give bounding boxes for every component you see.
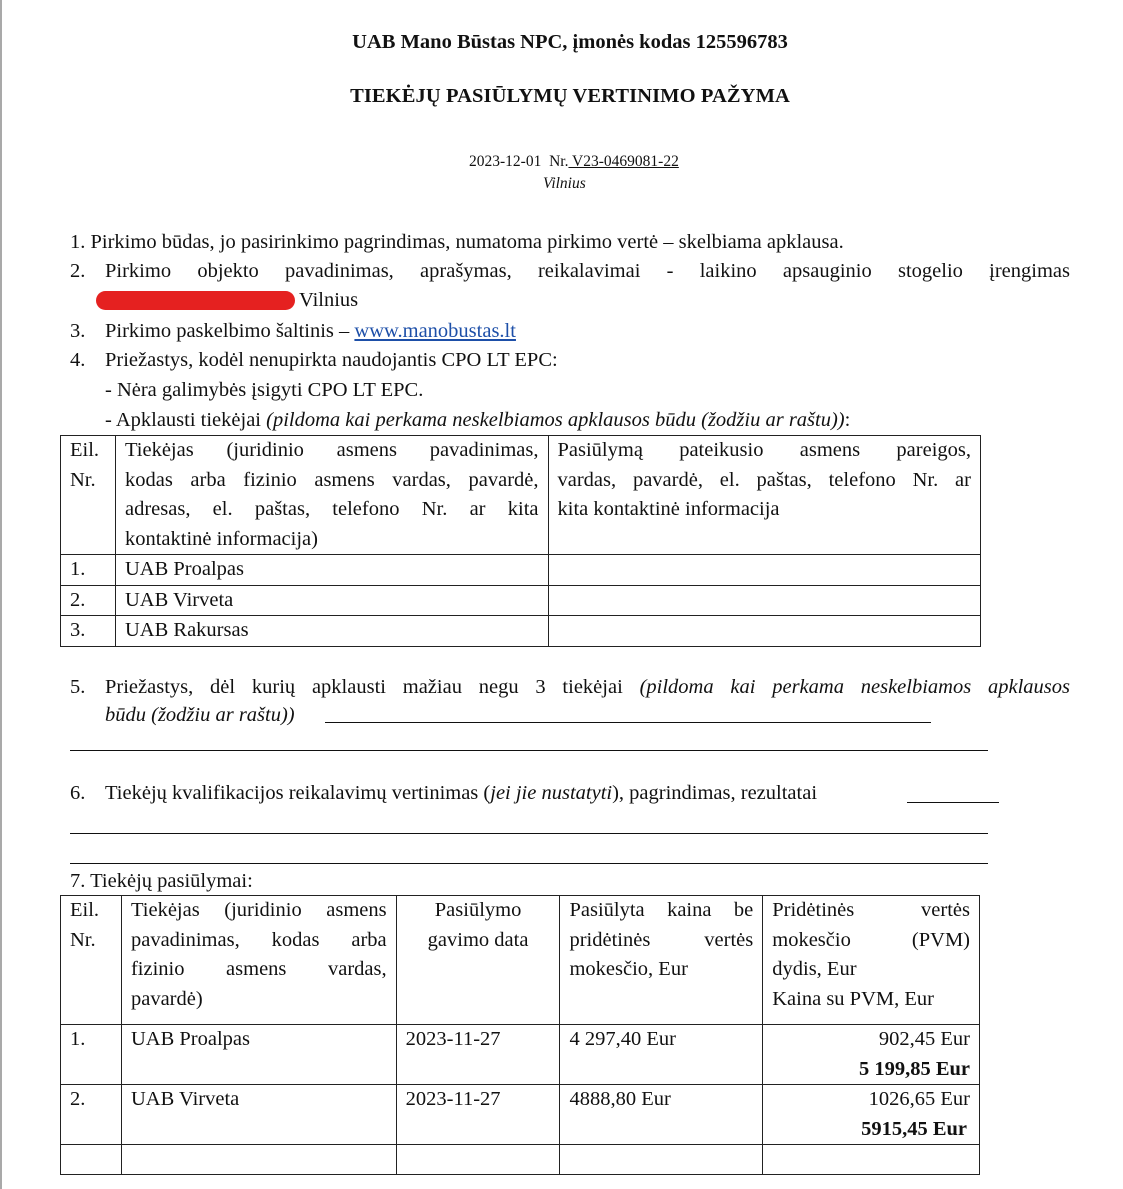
header-line: Tiekėjas (juridinio asmens (131, 896, 387, 926)
row-vat: 902,45 Eur (772, 1025, 970, 1055)
row-contact (548, 555, 981, 586)
header-date: Pasiūlymo gavimo data (396, 896, 560, 1025)
table-row-empty (61, 1145, 980, 1175)
document-number: V23-0469081-22 (568, 153, 678, 170)
item-6-fill-line-2[interactable] (70, 833, 988, 834)
header-line: pavardė) (131, 985, 387, 1015)
item-5-line-2: būdu (žodžiu ar raštu)) (105, 700, 295, 730)
table-header-row: Eil. Nr. Tiekėjas (juridinio asmens pava… (61, 436, 981, 555)
header-line: fizinio asmens vardas, (131, 955, 387, 985)
row-supplier: UAB Rakursas (115, 616, 548, 647)
item-4-text: Priežastys, kodėl nenupirkta naudojantis… (105, 345, 558, 375)
header-vat: Pridėtinės vertės mokesčio (PVM) dydis, … (763, 896, 980, 1025)
row-total: 5 199,85 Eur (772, 1055, 970, 1085)
row-nr: 2. (61, 1085, 122, 1145)
row-date: 2023-11-27 (396, 1025, 560, 1085)
number-label: Nr. (549, 153, 568, 170)
item-4-number: 4. (70, 345, 85, 375)
header-line: Nr. (70, 926, 112, 956)
header-line: Tiekėjas (juridinio asmens pavadinimas, (125, 436, 539, 466)
item-6-text: Tiekėjų kvalifikacijos reikalavimų verti… (105, 778, 817, 808)
offers-table: Eil. Nr. Tiekėjas (juridinio asmens pava… (60, 895, 980, 1175)
header-line: Pasiūlymą pateikusio asmens pareigos, (558, 436, 972, 466)
item-3: Pirkimo paskelbimo šaltinis – www.manobu… (105, 316, 516, 346)
row-total: 5915,45 Eur (772, 1115, 970, 1145)
row-supplier: UAB Virveta (121, 1085, 396, 1145)
item-4-sub-2-colon: : (845, 409, 851, 431)
item-6-number: 6. (70, 778, 85, 808)
header-supplier: Tiekėjas (juridinio asmens pavadinimas, … (115, 436, 548, 555)
item-5-text: Priežastys, dėl kurių apklausti mažiau n… (105, 676, 640, 698)
row-vat: 1026,65 Eur (772, 1085, 970, 1115)
header-contact: Pasiūlymą pateikusio asmens pareigos, va… (548, 436, 981, 555)
item-4-sub-1: - Nėra galimybės įsigyti CPO LT EPC. (105, 375, 423, 405)
row-price: 4888,80 Eur (560, 1085, 763, 1145)
item-6-text-start: Tiekėjų kvalifikacijos reikalavimų verti… (105, 782, 490, 804)
header-nr: Eil. Nr. (61, 436, 116, 555)
header-line: pavadinimas, kodas arba (131, 926, 387, 956)
row-supplier: UAB Proalpas (121, 1025, 396, 1085)
table-row: 2. UAB Virveta 2023-11-27 4888,80 Eur 10… (61, 1085, 980, 1145)
item-7: 7. Tiekėjų pasiūlymai: (70, 866, 253, 896)
header-line: adresas, el. paštas, telefono Nr. ar kit… (125, 495, 539, 525)
document-city: Vilnius (543, 175, 586, 193)
row-supplier: UAB Virveta (115, 585, 548, 616)
item-4-sub-2: - Apklausti tiekėjai (pildoma kai perkam… (105, 405, 850, 435)
header-line: Pasiūlyta kaina be (569, 896, 753, 926)
item-5-note: (pildoma kai perkama neskelbiamos apklau… (640, 676, 1070, 698)
row-nr: 2. (61, 585, 116, 616)
header-line: kita kontaktinė informacija (558, 495, 972, 525)
item-4-sub-2-text: - Apklausti tiekėjai (105, 409, 266, 431)
redaction-mark (96, 291, 295, 310)
header-line: Pridėtinės vertės (772, 896, 970, 926)
item-5-number: 5. (70, 672, 85, 702)
item-3-number: 3. (70, 316, 85, 346)
row-price (560, 1145, 763, 1175)
header-line: Eil. (70, 896, 112, 926)
row-contact (548, 585, 981, 616)
date-number-line: 2023-12-01 Nr. V23-0469081-22 (469, 153, 679, 171)
row-nr: 1. (61, 1025, 122, 1085)
table-row: 3. UAB Rakursas (61, 616, 981, 647)
row-nr: 1. (61, 555, 116, 586)
row-vat-total (763, 1145, 980, 1175)
header-nr: Eil. Nr. (61, 896, 122, 1025)
row-nr (61, 1145, 122, 1175)
header-nr-line: Nr. (70, 466, 106, 496)
item-5-fill-line-2[interactable] (70, 750, 988, 751)
header-line: vardas, pavardė, el. paštas, telefono Nr… (558, 466, 972, 496)
header-line: dydis, Eur (772, 955, 970, 985)
suppliers-table: Eil. Nr. Tiekėjas (juridinio asmens pava… (60, 435, 981, 647)
row-vat-total: 1026,65 Eur 5915,45 Eur (763, 1085, 980, 1145)
item-4-sub-2-note: (pildoma kai perkama neskelbiamos apklau… (266, 409, 845, 431)
header-line: mokesčio, Eur (569, 955, 753, 985)
row-contact (548, 616, 981, 647)
row-supplier: UAB Proalpas (115, 555, 548, 586)
row-date: 2023-11-27 (396, 1085, 560, 1145)
header-price: Pasiūlyta kaina be pridėtinės vertės mok… (560, 896, 763, 1025)
row-supplier (121, 1145, 396, 1175)
header-line: kodas arba fizinio asmens vardas, pavard… (125, 466, 539, 496)
item-3-text: Pirkimo paskelbimo šaltinis – (105, 320, 354, 342)
table-row: 2. UAB Virveta (61, 585, 981, 616)
company-heading: UAB Mano Būstas NPC, įmonės kodas 125596… (0, 31, 1123, 54)
header-line: pridėtinės vertės (569, 926, 753, 956)
header-nr-line: Eil. (70, 436, 106, 466)
table-row: 1. UAB Proalpas (61, 555, 981, 586)
item-2-city: Vilnius (299, 285, 358, 315)
row-nr: 3. (61, 616, 116, 647)
row-price: 4 297,40 Eur (560, 1025, 763, 1085)
header-supplier: Tiekėjas (juridinio asmens pavadinimas, … (121, 896, 396, 1025)
row-date (396, 1145, 560, 1175)
item-5-line-1: Priežastys, dėl kurių apklausti mažiau n… (105, 672, 1070, 702)
header-line: gavimo data (406, 926, 551, 956)
header-line: kontaktinė informacija) (125, 525, 539, 555)
item-6-fill-line[interactable] (907, 802, 999, 803)
website-link[interactable]: www.manobustas.lt (354, 320, 516, 342)
table-row: 1. UAB Proalpas 2023-11-27 4 297,40 Eur … (61, 1025, 980, 1085)
item-1: 1. Pirkimo būdas, jo pasirinkimo pagrind… (70, 227, 844, 257)
table-header-row: Eil. Nr. Tiekėjas (juridinio asmens pava… (61, 896, 980, 1025)
item-2-text: Pirkimo objekto pavadinimas, aprašymas, … (105, 256, 1070, 286)
header-line: Pasiūlymo (406, 896, 551, 926)
row-vat-total: 902,45 Eur 5 199,85 Eur (763, 1025, 980, 1085)
header-line: mokesčio (PVM) (772, 926, 970, 956)
page-edge (0, 0, 2, 1189)
item-5-fill-line[interactable] (325, 722, 931, 723)
header-line: Kaina su PVM, Eur (772, 985, 970, 1015)
document-date: 2023-12-01 (469, 153, 541, 170)
document-title: TIEKĖJŲ PASIŪLYMŲ VERTINIMO PAŽYMA (0, 85, 1123, 108)
item-6-fill-line-3[interactable] (70, 863, 988, 864)
item-6-text-end: ), pagrindimas, rezultatai (612, 782, 817, 804)
item-2-number: 2. (70, 256, 85, 286)
item-6-note: jei jie nustatyti (490, 782, 612, 804)
